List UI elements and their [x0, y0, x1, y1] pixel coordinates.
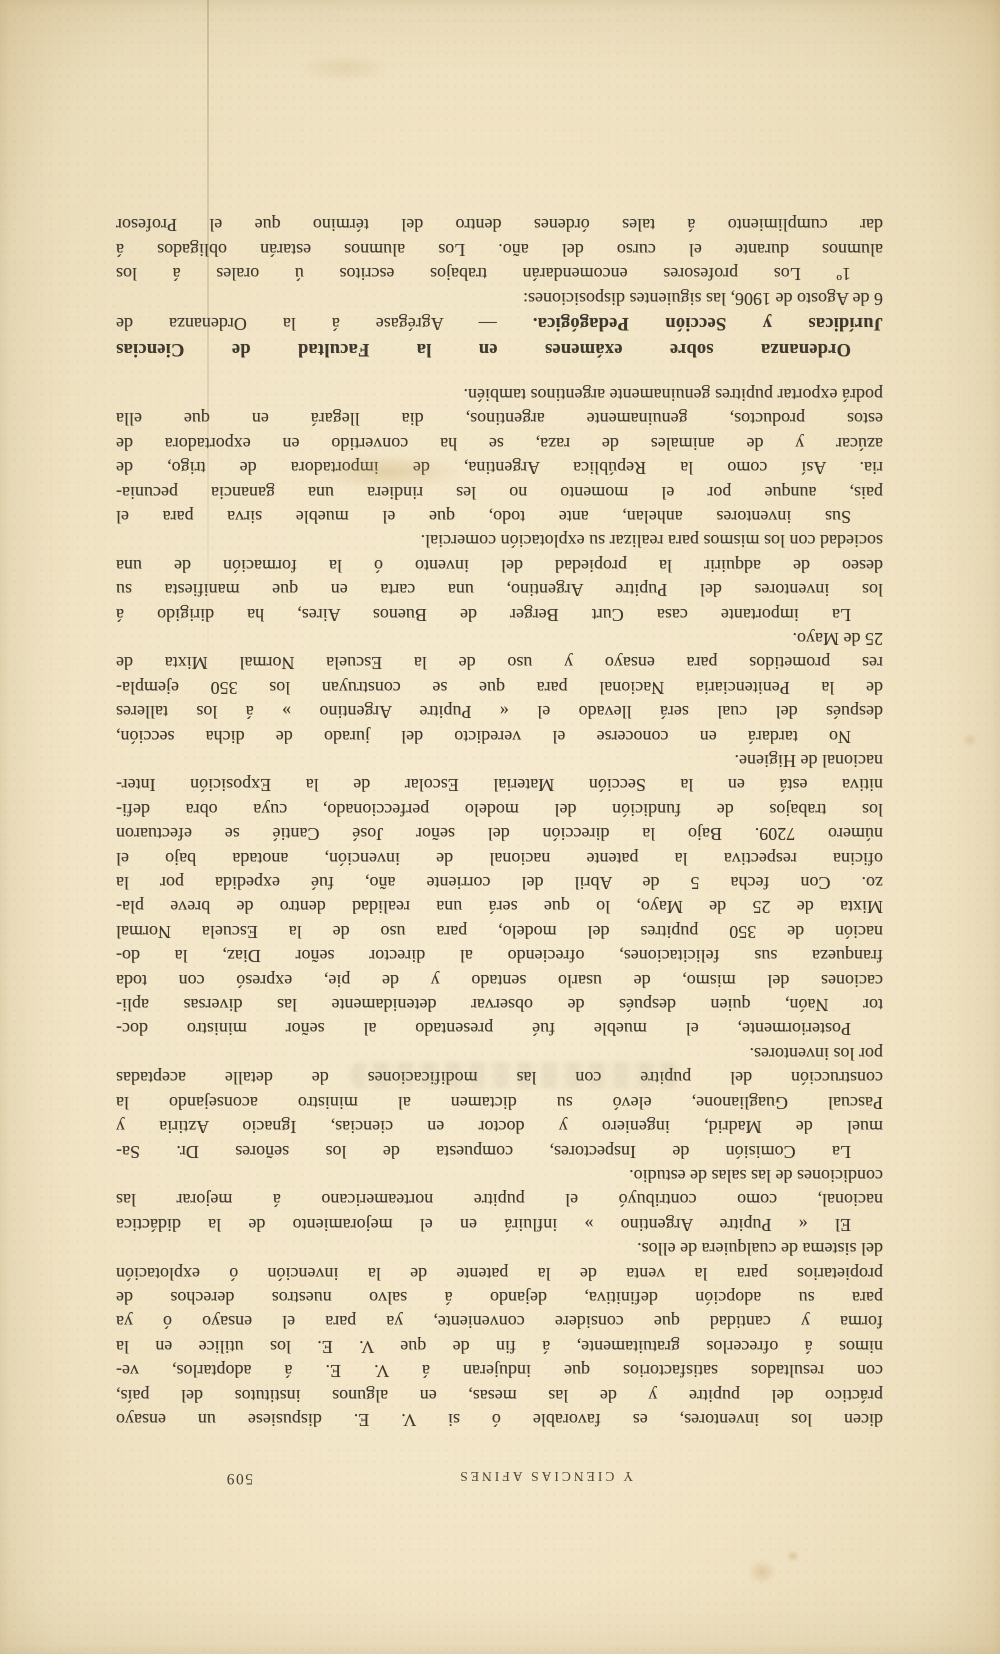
text-line: muel de Madrid, ingeniero y doctor en ci…: [116, 1115, 883, 1139]
body-run-text: — Agrégase á la Ordenanza de: [116, 314, 533, 334]
text-line: condiciones de las salas de estudio.: [116, 1164, 883, 1188]
text-line: nitiva está en la Sección Material Escol…: [116, 773, 883, 797]
text-line: azúcar y de animales de raza, se ha conv…: [116, 431, 883, 455]
text-line: nacional, como contribuyó el pupitre nor…: [116, 1188, 883, 1212]
text-line: Ordenanza sobre exámenes en la Facultad …: [116, 336, 883, 361]
text-line: Sus inventores anhelan, ante todo, que e…: [116, 505, 883, 529]
text-line: propietarios para la venta de la patente…: [116, 1261, 883, 1285]
text-line: número 7209. Bajo la dirección del señor…: [116, 822, 883, 846]
running-head: Y CIENCIAS AFINES 509: [116, 1469, 883, 1491]
page-sheet: Y CIENCIAS AFINES 509 dicen los inventor…: [0, 0, 1000, 1654]
paragraph: dicen los inventores, es favorable ó si …: [116, 1237, 883, 1432]
text-line: nacional de Higiene.: [116, 749, 883, 773]
paragraph: Sus inventores anhelan, ante todo, que e…: [116, 383, 883, 529]
text-line: Posteriormente, el mueble fué presentado…: [116, 1017, 883, 1041]
text-line: dar cumplimiento á tales órdenes dentro …: [116, 213, 883, 237]
text-line: podrá exportar pupitres genuinamente arg…: [116, 383, 883, 407]
text-line: 1º Los profesores encomendarán trabajos …: [116, 262, 883, 286]
text-line: los inventores del Pupitre Argentino, un…: [116, 578, 883, 602]
text-line: El « Pupitre Argentino » influirá en el …: [116, 1212, 883, 1236]
text-line: La Comisión de Inspectores, compuesta de…: [116, 1139, 883, 1163]
text-line: práctico del pupitre y de las mesas, en …: [116, 1383, 883, 1407]
text-line: ria. Así como la República Argentina, de…: [116, 456, 883, 480]
text-line: dicen los inventores, es favorable ó si …: [116, 1408, 883, 1432]
bold-heading-text: Jurídicas y Sección Pedagógica.: [533, 313, 883, 333]
text-line: por los inventores.: [116, 1042, 883, 1066]
text-line: Mixta de 25 de Mayo, lo que será una rea…: [116, 895, 883, 919]
text-line: deseo de adquirir la propiedad del inven…: [116, 553, 883, 577]
text-line: tor Naón, quien después de observar dete…: [116, 993, 883, 1017]
text-line: con resultados satisfactorios que induje…: [116, 1359, 883, 1383]
journal-title: Y CIENCIAS AFINES: [457, 1468, 633, 1484]
text-line: Pascual Guaglianone, elevó su dictamen a…: [116, 1090, 883, 1114]
text-line: No tardará en conocerse el veredicto del…: [116, 724, 883, 748]
text-line: después del cual será llevado el « Pupit…: [116, 700, 883, 724]
text-line: estos productos, genuinamente argentinos…: [116, 407, 883, 431]
text-line: forma y cantidad que considere convenien…: [116, 1310, 883, 1334]
text-line: Jurídicas y Sección Pedagógica. — Agréga…: [116, 311, 883, 336]
paragraph: Ordenanza sobre exámenes en la Facultad …: [116, 286, 883, 361]
text-line: nimos á ofrecerlos gratuitamente, á fin …: [116, 1334, 883, 1358]
text-line: franqueza sus felicitaciones, ofreciendo…: [116, 944, 883, 968]
text-line: construcción del pupitre con las modific…: [116, 1066, 883, 1090]
paragraph: 1º Los profesores encomendarán trabajos …: [116, 213, 883, 286]
text-line: los trabajos de fundición del modelo per…: [116, 797, 883, 821]
body-run-text: 6 de Agosto de 1906, las siguientes disp…: [523, 289, 883, 309]
text-line: La importante casa Curt Berger de Buenos…: [116, 602, 883, 626]
paragraph: La importante casa Curt Berger de Buenos…: [116, 529, 883, 627]
body-text: dicen los inventores, es favorable ó si …: [116, 213, 883, 1432]
text-line: zo. Con fecha 5 de Abril del corriente a…: [116, 871, 883, 895]
scanned-page: Y CIENCIAS AFINES 509 dicen los inventor…: [0, 0, 1000, 1654]
text-line: alumnos durante el curso del año. Los al…: [116, 238, 883, 262]
text-line: 6 de Agosto de 1906, las siguientes disp…: [116, 286, 883, 310]
paragraph: Posteriormente, el mueble fué presentado…: [116, 749, 883, 1042]
page-number: 509: [225, 1469, 253, 1487]
paragraph: No tardará en conocerse el veredicto del…: [116, 627, 883, 749]
text-line: caciones del mismo, de usarlo sentado y …: [116, 968, 883, 992]
text-line: res prometidos para ensayo y uso de la E…: [116, 651, 883, 675]
text-line: pais, aunque por el momento no les rindi…: [116, 480, 883, 504]
page-content: Y CIENCIAS AFINES 509 dicen los inventor…: [116, 213, 883, 1491]
text-line: de la Penitenciaria Nacional para que se…: [116, 675, 883, 699]
text-line: 25 de Mayo.: [116, 627, 883, 651]
paragraph: El « Pupitre Argentino » influirá en el …: [116, 1164, 883, 1237]
bold-heading-text: Ordenanza sobre exámenes en la Facultad …: [116, 339, 851, 359]
text-line: oficina respectiva la patente nacional d…: [116, 846, 883, 870]
text-line: para su adopción definitiva, dejando á s…: [116, 1286, 883, 1310]
paragraph: La Comisión de Inspectores, compuesta de…: [116, 1042, 883, 1164]
text-line: nación de 350 pupitres del modelo, para …: [116, 919, 883, 943]
text-line: sociedad con los mismos para realizar su…: [116, 529, 883, 553]
text-line: del sistema de cualquiera de ellos.: [116, 1237, 883, 1261]
